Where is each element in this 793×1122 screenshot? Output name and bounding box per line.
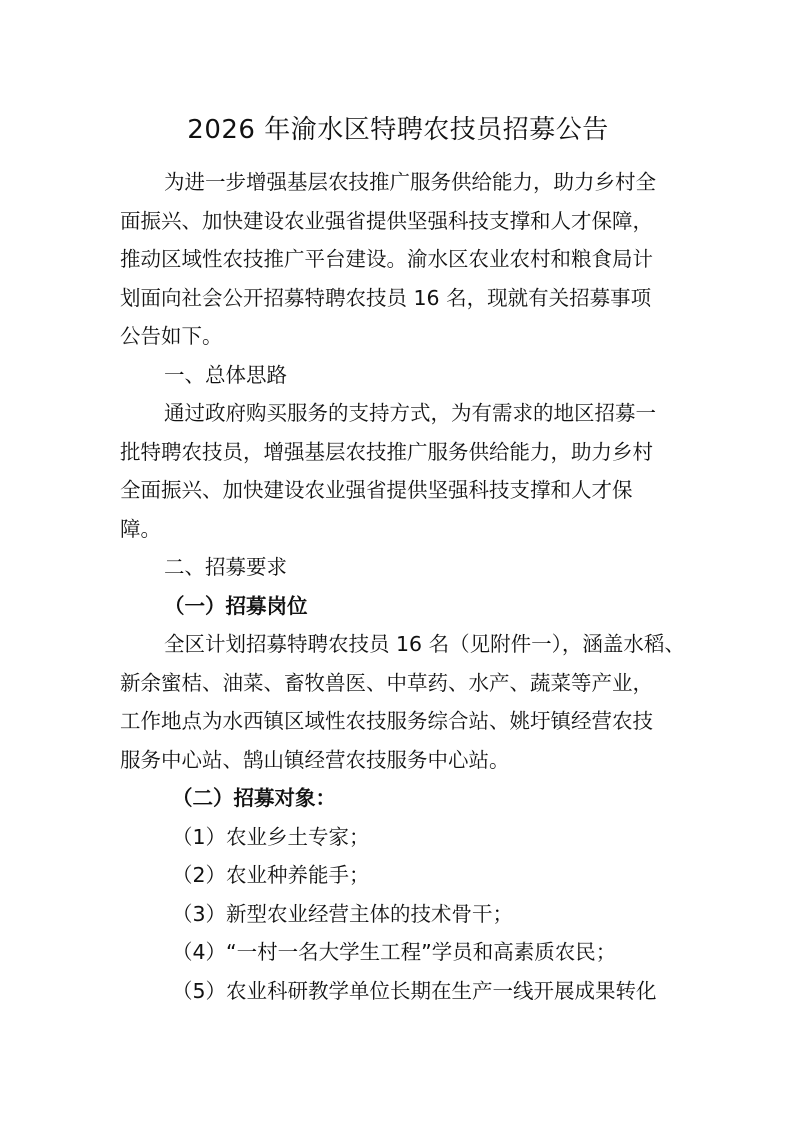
target-item-3: （3）新型农业经营主体的技术骨干； [172,895,513,933]
section2-sub1-heading: （一）招募岗位 [164,587,308,625]
sub1-line-2: 新余蜜桔、油菜、畜牧兽医、中草药、水产、蔬菜等产业， [120,664,653,702]
intro-line-1: 为进一步增强基层农技推广服务供给能力，助力乡村全 [164,163,656,201]
intro-line-5: 公告如下。 [120,317,223,355]
sub1-line-3: 工作地点为水西镇区域性农技服务综合站、姚圩镇经营农技 [120,702,653,740]
section2-sub2-heading: （二）招募对象： [172,779,336,817]
target-item-4: （4）“一村一名大学生工程”学员和高素质农民； [172,933,616,971]
section1-line-1: 通过政府购买服务的支持方式，为有需求的地区招募一 [164,394,656,432]
intro-line-4: 划面向社会公开招募特聘农技员 16 名，现就有关招募事项 [120,279,651,317]
target-item-5: （5）农业科研教学单位长期在生产一线开展成果转化 [172,972,657,1010]
sub1-line-4: 服务中心站、鹄山镇经营农技服务中心站。 [120,741,510,779]
section1-line-4: 障。 [120,510,161,548]
target-item-1: （1）农业乡土专家； [172,818,370,856]
section1-heading: 一、总体思路 [164,356,287,394]
target-item-2: （2）农业种养能手； [172,856,370,894]
section1-line-2: 批特聘农技员，增强基层农技推广服务供给能力，助力乡村 [120,433,653,471]
sub1-line-1: 全区计划招募特聘农技员 16 名（见附件一），涵盖水稻、 [164,625,685,663]
section1-line-3: 全面振兴、加快建设农业强省提供坚强科技支撑和人才保 [120,471,633,509]
intro-line-3: 推动区域性农技推广平台建设。渝水区农业农村和粮食局计 [120,240,653,278]
document-title: 2026 年渝水区特聘农技员招募公告 [120,110,676,150]
section2-heading: 二、招募要求 [164,548,287,586]
intro-line-2: 面振兴、加快建设农业强省提供坚强科技支撑和人才保障， [120,202,653,240]
